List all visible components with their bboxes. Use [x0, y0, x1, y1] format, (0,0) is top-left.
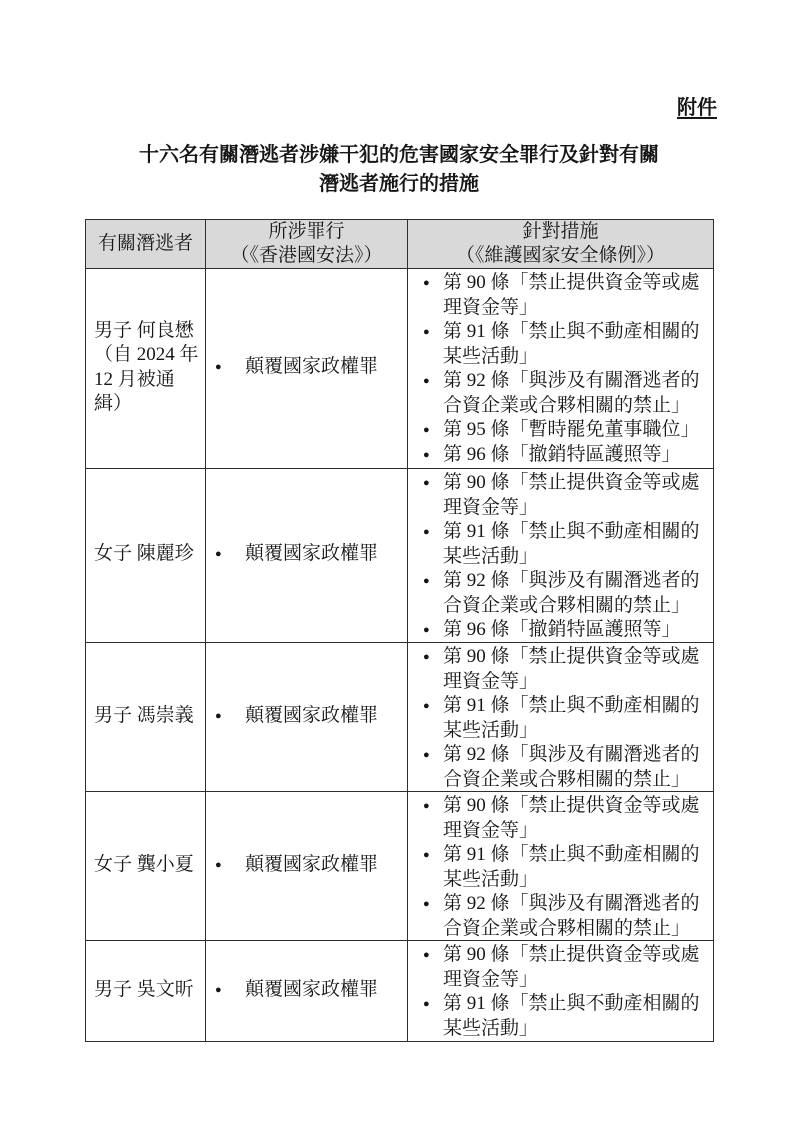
column-header-measures: 針對措施 （《維護國家安全條例》）	[408, 220, 714, 269]
measure-label: 第 91 條「禁止與不動產相關的某些活動」	[443, 520, 713, 569]
measure-label: 第 92 條「與涉及有關潛逃者的合資企業或合夥相關的禁止」	[443, 743, 713, 791]
offense-item: ●顛覆國家政權罪	[206, 542, 407, 567]
measure-label: 第 95 條「暫時罷免董事職位」	[443, 418, 713, 443]
measure-item: ●第 95 條「暫時罷免董事職位」	[408, 418, 713, 443]
offense-label: 顛覆國家政權罪	[245, 704, 407, 729]
bullet-icon: ●	[423, 418, 443, 443]
offense-cell: ●顛覆國家政權罪	[206, 792, 408, 941]
measure-label: 第 92 條「與涉及有關潛逃者的合資企業或合夥相關的禁止」	[443, 569, 713, 618]
bullet-icon: ●	[423, 843, 443, 868]
offense-item: ●顛覆國家政權罪	[206, 978, 407, 1003]
offense-label: 顛覆國家政權罪	[245, 978, 407, 1003]
bullet-icon: ●	[423, 943, 443, 968]
measure-label: 第 90 條「禁止提供資金等或處理資金等」	[443, 645, 713, 694]
table-header-row: 有關潛逃者 所涉罪行 （《香港國安法》） 針對措施 （《維護國家安全條例》）	[86, 220, 714, 269]
bullet-icon: ●	[423, 694, 443, 719]
bullet-icon: ●	[215, 542, 245, 567]
measure-item: ●第 91 條「禁止與不動產相關的某些活動」	[408, 843, 713, 892]
offense-cell-content: ●顛覆國家政權罪	[206, 469, 407, 640]
measures-cell-content: ●第 90 條「禁止提供資金等或處理資金等」●第 91 條「禁止與不動產相關的某…	[408, 269, 713, 468]
measure-label: 第 92 條「與涉及有關潛逃者的合資企業或合夥相關的禁止」	[443, 892, 713, 940]
table-row: 男子 馮崇義●顛覆國家政權罪●第 90 條「禁止提供資金等或處理資金等」●第 9…	[86, 643, 714, 792]
bullet-icon: ●	[423, 892, 443, 917]
offense-cell-content: ●顛覆國家政權罪	[206, 269, 407, 466]
measure-item: ●第 91 條「禁止與不動產相關的某些活動」	[408, 320, 713, 369]
offense-label: 顛覆國家政權罪	[245, 853, 407, 878]
measure-label: 第 90 條「禁止提供資金等或處理資金等」	[443, 271, 713, 320]
fugitive-cell: 男子 何良懋（自 2024 年 12 月被通緝）	[86, 269, 206, 469]
bullet-icon: ●	[215, 355, 245, 380]
fugitive-cell: 男子 吳文昕	[86, 941, 206, 1042]
bullet-icon: ●	[423, 992, 443, 1017]
measure-item: ●第 91 條「禁止與不動產相關的某些活動」	[408, 694, 713, 743]
column-header-measures-line1: 針對措施	[408, 220, 713, 244]
column-header-offense-line1: 所涉罪行	[206, 220, 407, 244]
column-header-measures-line2: （《維護國家安全條例》）	[408, 244, 713, 268]
bullet-icon: ●	[423, 369, 443, 394]
fugitive-cell-content: 男子 馮崇義	[86, 643, 205, 789]
measure-label: 第 90 條「禁止提供資金等或處理資金等」	[443, 471, 713, 520]
document-title-line2: 潛逃者施行的措施	[85, 170, 713, 199]
column-header-offense: 所涉罪行 （《香港國安法》）	[206, 220, 408, 269]
bullet-icon: ●	[423, 271, 443, 296]
bullet-icon: ●	[423, 520, 443, 545]
document-page: 附件 十六名有關潛逃者涉嫌干犯的危害國家安全罪行及針對有關 潛逃者施行的措施 有…	[0, 0, 799, 1131]
measure-item: ●第 92 條「與涉及有關潛逃者的合資企業或合夥相關的禁止」	[408, 569, 713, 618]
offense-cell: ●顛覆國家政權罪	[206, 941, 408, 1042]
column-header-offense-line2: （《香港國安法》）	[206, 244, 407, 268]
fugitive-cell-content: 男子 何良懋（自 2024 年 12 月被通緝）	[86, 269, 205, 466]
measure-label: 第 91 條「禁止與不動產相關的某些活動」	[443, 992, 713, 1041]
measure-label: 第 91 條「禁止與不動產相關的某些活動」	[443, 843, 713, 892]
measure-item: ●第 90 條「禁止提供資金等或處理資金等」	[408, 794, 713, 843]
measures-cell-content: ●第 90 條「禁止提供資金等或處理資金等」●第 91 條「禁止與不動產相關的某…	[408, 469, 713, 642]
measure-label: 第 90 條「禁止提供資金等或處理資金等」	[443, 794, 713, 843]
bullet-icon: ●	[423, 569, 443, 594]
table-row: 女子 龔小夏●顛覆國家政權罪●第 90 條「禁止提供資金等或處理資金等」●第 9…	[86, 792, 714, 941]
fugitive-name: 女子 龔小夏	[94, 853, 201, 878]
measure-item: ●第 91 條「禁止與不動產相關的某些活動」	[408, 520, 713, 569]
measure-item: ●第 92 條「與涉及有關潛逃者的合資企業或合夥相關的禁止」	[408, 743, 713, 791]
offense-cell-content: ●顛覆國家政權罪	[206, 792, 407, 938]
fugitive-cell: 女子 陳麗珍	[86, 469, 206, 643]
measures-cell: ●第 90 條「禁止提供資金等或處理資金等」●第 91 條「禁止與不動產相關的某…	[408, 269, 714, 469]
fugitive-cell: 男子 馮崇義	[86, 643, 206, 792]
fugitives-table: 有關潛逃者 所涉罪行 （《香港國安法》） 針對措施 （《維護國家安全條例》）	[85, 219, 714, 1042]
document-title: 十六名有關潛逃者涉嫌干犯的危害國家安全罪行及針對有關 潛逃者施行的措施	[85, 141, 713, 199]
measures-cell: ●第 90 條「禁止提供資金等或處理資金等」●第 91 條「禁止與不動產相關的某…	[408, 941, 714, 1042]
bullet-icon: ●	[423, 320, 443, 345]
measures-cell-content: ●第 90 條「禁止提供資金等或處理資金等」●第 91 條「禁止與不動產相關的某…	[408, 643, 713, 791]
measures-cell: ●第 90 條「禁止提供資金等或處理資金等」●第 91 條「禁止與不動產相關的某…	[408, 469, 714, 643]
measure-item: ●第 96 條「撤銷特區護照等」	[408, 443, 713, 468]
offense-item: ●顛覆國家政權罪	[206, 704, 407, 729]
table-row: 女子 陳麗珍●顛覆國家政權罪●第 90 條「禁止提供資金等或處理資金等」●第 9…	[86, 469, 714, 643]
offense-cell: ●顛覆國家政權罪	[206, 643, 408, 792]
bullet-icon: ●	[215, 704, 245, 729]
measure-label: 第 91 條「禁止與不動產相關的某些活動」	[443, 320, 713, 369]
measure-item: ●第 90 條「禁止提供資金等或處理資金等」	[408, 271, 713, 320]
column-header-fugitive-label: 有關潛逃者	[86, 232, 205, 257]
fugitive-wanted-note: （自 2024 年 12 月被通緝）	[94, 343, 201, 417]
measure-item: ●第 90 條「禁止提供資金等或處理資金等」	[408, 943, 713, 992]
bullet-icon: ●	[423, 645, 443, 670]
offense-cell-content: ●顛覆國家政權罪	[206, 941, 407, 1039]
fugitive-cell-content: 女子 龔小夏	[86, 792, 205, 938]
offense-cell: ●顛覆國家政權罪	[206, 269, 408, 469]
fugitive-name: 男子 何良懋	[94, 319, 201, 344]
offense-item: ●顛覆國家政權罪	[206, 355, 407, 380]
measures-cell: ●第 90 條「禁止提供資金等或處理資金等」●第 91 條「禁止與不動產相關的某…	[408, 643, 714, 792]
measures-cell-content: ●第 90 條「禁止提供資金等或處理資金等」●第 91 條「禁止與不動產相關的某…	[408, 792, 713, 940]
bullet-icon: ●	[423, 794, 443, 819]
bullet-icon: ●	[423, 471, 443, 496]
offense-cell-content: ●顛覆國家政權罪	[206, 643, 407, 789]
measures-cell-content: ●第 90 條「禁止提供資金等或處理資金等」●第 91 條「禁止與不動產相關的某…	[408, 941, 713, 1041]
offense-label: 顛覆國家政權罪	[245, 542, 407, 567]
measure-item: ●第 92 條「與涉及有關潛逃者的合資企業或合夥相關的禁止」	[408, 369, 713, 418]
measure-item: ●第 91 條「禁止與不動產相關的某些活動」	[408, 992, 713, 1041]
bullet-icon: ●	[423, 618, 443, 642]
measure-item: ●第 90 條「禁止提供資金等或處理資金等」	[408, 645, 713, 694]
measures-cell: ●第 90 條「禁止提供資金等或處理資金等」●第 91 條「禁止與不動產相關的某…	[408, 792, 714, 941]
fugitive-cell: 女子 龔小夏	[86, 792, 206, 941]
offense-cell: ●顛覆國家政權罪	[206, 469, 408, 643]
measure-label: 第 92 條「與涉及有關潛逃者的合資企業或合夥相關的禁止」	[443, 369, 713, 418]
attachment-label: 附件	[677, 91, 717, 120]
offense-item: ●顛覆國家政權罪	[206, 853, 407, 878]
fugitive-name: 女子 陳麗珍	[94, 542, 201, 567]
measure-label: 第 91 條「禁止與不動產相關的某些活動」	[443, 694, 713, 743]
measure-label: 第 90 條「禁止提供資金等或處理資金等」	[443, 943, 713, 992]
table-row: 男子 吳文昕●顛覆國家政權罪●第 90 條「禁止提供資金等或處理資金等」●第 9…	[86, 941, 714, 1042]
bullet-icon: ●	[215, 978, 245, 1003]
bullet-icon: ●	[423, 743, 443, 768]
column-header-fugitive: 有關潛逃者	[86, 220, 206, 269]
document-title-line1: 十六名有關潛逃者涉嫌干犯的危害國家安全罪行及針對有關	[85, 141, 713, 170]
bullet-icon: ●	[423, 443, 443, 468]
measure-item: ●第 92 條「與涉及有關潛逃者的合資企業或合夥相關的禁止」	[408, 892, 713, 940]
fugitive-name: 男子 吳文昕	[94, 978, 201, 1003]
measure-label: 第 96 條「撤銷特區護照等」	[443, 443, 713, 468]
fugitive-cell-content: 女子 陳麗珍	[86, 469, 205, 640]
measure-label: 第 96 條「撤銷特區護照等」	[443, 618, 713, 642]
fugitive-name: 男子 馮崇義	[94, 704, 201, 729]
fugitive-cell-content: 男子 吳文昕	[86, 941, 205, 1039]
offense-label: 顛覆國家政權罪	[245, 355, 407, 380]
measure-item: ●第 90 條「禁止提供資金等或處理資金等」	[408, 471, 713, 520]
bullet-icon: ●	[215, 853, 245, 878]
table-row: 男子 何良懋（自 2024 年 12 月被通緝）●顛覆國家政權罪●第 90 條「…	[86, 269, 714, 469]
measure-item: ●第 96 條「撤銷特區護照等」	[408, 618, 713, 642]
